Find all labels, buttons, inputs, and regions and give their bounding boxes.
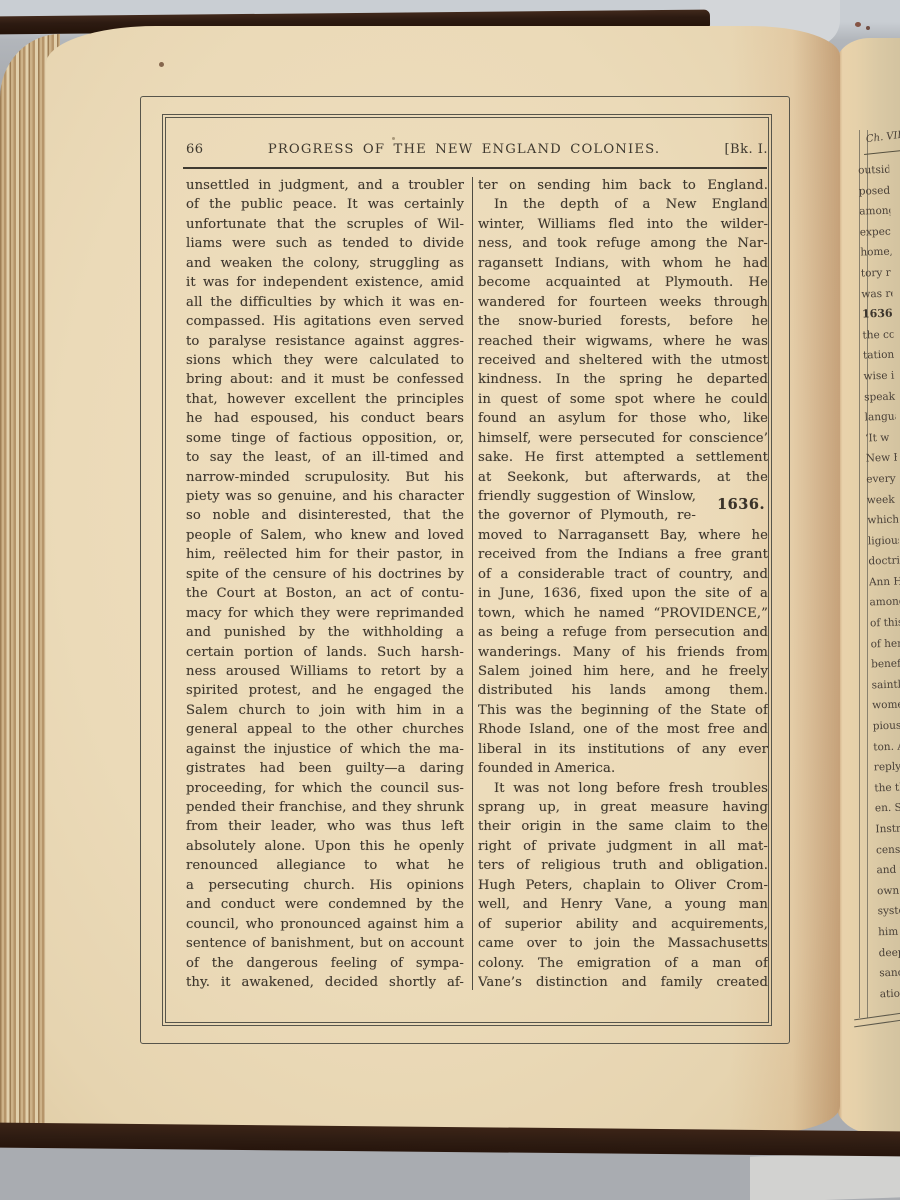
adjacent-text-fragment: Ann Hu bbox=[869, 571, 900, 592]
text-line: at Seekonk, but afterwards, at the bbox=[478, 468, 768, 487]
adjacent-page-bottom-rule bbox=[854, 1020, 900, 1028]
adjacent-text-fragment: ligious bbox=[868, 530, 900, 551]
text-line: This was the beginning of the State of bbox=[478, 701, 768, 720]
adjacent-text-fragment: wise in bbox=[863, 366, 895, 387]
text-line: macy for which they were reprimanded bbox=[186, 604, 464, 623]
text-line: of a considerable tract of country, and bbox=[478, 565, 768, 584]
text-line: of the public peace. It was certainly bbox=[186, 195, 464, 214]
text-line: friendly suggestion of Winslow, bbox=[478, 487, 696, 506]
header-rule bbox=[183, 167, 767, 169]
text-line: it was for independent existence, amid bbox=[186, 273, 464, 292]
adjacent-page-text-fragments: outsideposed,amongexpecthome,tory rwas r… bbox=[858, 160, 900, 1005]
page-number: 66 bbox=[186, 142, 204, 157]
text-line: right of private judgment in all mat- bbox=[478, 837, 768, 856]
text-line: people of Salem, who knew and loved bbox=[186, 526, 464, 545]
adjacent-text-fragment: sanctity of bbox=[879, 963, 900, 984]
text-line: kindness. In the spring he departed bbox=[478, 370, 768, 389]
text-line: sentence of banishment, but on account bbox=[186, 934, 464, 953]
text-line: proceeding, for which the council sus- bbox=[186, 779, 464, 798]
text-line: liams were such as tended to divide bbox=[186, 234, 464, 253]
text-line: renounced allegiance to what he deemed bbox=[186, 856, 464, 875]
text-line: against the injustice of which the ma- bbox=[186, 740, 464, 759]
adjacent-header-rule bbox=[864, 150, 900, 155]
text-line: town, which he named “PROVIDENCE,” bbox=[478, 604, 768, 623]
adjacent-margin-note-year: 1636 bbox=[862, 304, 894, 325]
text-line: ness, and took refuge among the Nar- bbox=[478, 234, 768, 253]
text-line: unsettled in judgment, and a troubler bbox=[186, 176, 464, 195]
adjacent-text-fragment: replying bbox=[874, 757, 900, 778]
adjacent-text-fragment: home, bbox=[860, 242, 892, 263]
text-line: founded in America. bbox=[478, 759, 768, 778]
adjacent-text-fragment: Instructio bbox=[875, 819, 900, 840]
adjacent-text-fragment: ation, or t bbox=[880, 983, 900, 1004]
text-line: some tinge of factious opposition, or, bbox=[186, 429, 464, 448]
text-line: ter on sending him back to England. bbox=[478, 176, 768, 195]
adjacent-text-fragment: every o bbox=[866, 469, 898, 490]
adjacent-text-fragment: benefit bbox=[871, 654, 900, 675]
text-line: general appeal to the other churches bbox=[186, 720, 464, 739]
text-line: in quest of some spot where he could bbox=[478, 390, 768, 409]
page-edge-speck bbox=[855, 22, 861, 27]
adjacent-text-fragment: which the bbox=[867, 510, 899, 531]
text-line: absolutely alone. Upon this he openly bbox=[186, 837, 464, 856]
text-line: and conduct were condemned by the bbox=[186, 895, 464, 914]
text-line: Salem joined him here, and he freely bbox=[478, 662, 768, 681]
text-line: piety was so genuine, and his character bbox=[186, 487, 464, 506]
adjacent-page-edge: Ch. VII outsideposed,amongexpecthome,tor… bbox=[836, 38, 900, 1134]
text-line: become acquainted at Plymouth. He bbox=[478, 273, 768, 292]
adjacent-text-fragment: among bbox=[859, 201, 891, 222]
adjacent-text-fragment: outside bbox=[858, 160, 890, 181]
adjacent-text-fragment: and to ve bbox=[876, 860, 900, 881]
text-line: It was not long before fresh troubles bbox=[478, 779, 768, 798]
text-line: that, however excellent the principles bbox=[186, 390, 464, 409]
adjacent-text-fragment: the theoc bbox=[874, 777, 900, 798]
text-line: pended their franchise, and they shrunk bbox=[186, 798, 464, 817]
text-line: spite of the censure of his doctrines by bbox=[186, 565, 464, 584]
dust-speck bbox=[392, 137, 395, 140]
text-line: wanderings. Many of his friends from bbox=[478, 643, 768, 662]
text-body: unsettled in judgment, and a troublerof … bbox=[186, 176, 768, 992]
adjacent-text-fragment: week i bbox=[867, 489, 899, 510]
text-line: reached their wigwams, where he was bbox=[478, 332, 768, 351]
adjacent-text-fragment: the conv bbox=[862, 324, 894, 345]
text-line: liberal in its institutions of any ever bbox=[478, 740, 768, 759]
column-divider-rule bbox=[472, 177, 473, 990]
backdrop-bottom-corner bbox=[750, 1151, 900, 1200]
text-line: sake. He first attempted a settlement bbox=[478, 448, 768, 467]
text-line: the Court at Boston, an act of contu- bbox=[186, 584, 464, 603]
running-header: 66 PROGRESS OF THE NEW ENGLAND COLONIES.… bbox=[186, 142, 768, 162]
adjacent-text-fragment: posed, bbox=[858, 180, 890, 201]
text-line: of superior ability and acquirements, bbox=[478, 915, 768, 934]
text-line: of the dangerous feeling of sympa- bbox=[186, 954, 464, 973]
text-line: the governor of Plymouth, re- bbox=[478, 506, 696, 525]
text-line: narrow-minded scrupulosity. But his bbox=[186, 468, 464, 487]
text-line: compassed. His agitations even served bbox=[186, 312, 464, 331]
text-column-right: ter on sending him back to England.In th… bbox=[478, 176, 768, 992]
adjacent-text-fragment: saintly bbox=[871, 674, 900, 695]
text-line: thy. it awakened, decided shortly af- bbox=[186, 973, 464, 992]
text-line: to say the least, of an ill-timed and bbox=[186, 448, 464, 467]
adjacent-text-fragment: of this col bbox=[870, 613, 900, 634]
adjacent-page-bottom-rule bbox=[854, 1013, 900, 1021]
adjacent-text-fragment: ‘It w bbox=[865, 427, 897, 448]
text-line: their origin in the same claim to the bbox=[478, 817, 768, 836]
scanned-book-photo: { "page": { "number": "66", "running_tit… bbox=[0, 0, 900, 1200]
text-line: council, who pronounced against him a bbox=[186, 915, 464, 934]
adjacent-text-fragment: pious emo bbox=[873, 716, 900, 737]
book-page: 66 PROGRESS OF THE NEW ENGLAND COLONIES.… bbox=[46, 26, 840, 1134]
text-line: wandered for fourteen weeks through bbox=[478, 293, 768, 312]
text-line: found an asylum for those who, like bbox=[478, 409, 768, 428]
text-line: in June, 1636, fixed upon the site of a bbox=[478, 584, 768, 603]
text-line: colony. The emigration of a man of bbox=[478, 954, 768, 973]
dust-speck bbox=[159, 62, 164, 67]
adjacent-text-fragment: among th bbox=[869, 592, 900, 613]
page-edge-speck bbox=[866, 26, 870, 30]
adjacent-text-fragment: tory r bbox=[861, 263, 893, 284]
text-line: certain portion of lands. Such harsh- bbox=[186, 643, 464, 662]
adjacent-text-fragment: censure bbox=[876, 839, 900, 860]
text-line: spirited protest, and he engaged the bbox=[186, 681, 464, 700]
text-line: Hugh Peters, chaplain to Oliver Crom- bbox=[478, 876, 768, 895]
text-line: as being a refuge from persecution and bbox=[478, 623, 768, 642]
adjacent-text-fragment: own. Th bbox=[877, 880, 900, 901]
text-line: to paralyse resistance against aggres- bbox=[186, 332, 464, 351]
text-line: sions which they were calculated to bbox=[186, 351, 464, 370]
text-line: Salem church to join with him in a bbox=[186, 701, 464, 720]
text-line: a persecuting church. His opinions bbox=[186, 876, 464, 895]
text-line: all the difficulties by which it was en- bbox=[186, 293, 464, 312]
text-line: ters of religious truth and obligation. bbox=[478, 856, 768, 875]
text-line: bring about: and it must be confessed bbox=[186, 370, 464, 389]
text-line: winter, Williams fled into the wilder- bbox=[478, 215, 768, 234]
text-line: himself, were persecuted for conscience’ bbox=[478, 429, 768, 448]
text-line: ness aroused Williams to retort by a bbox=[186, 662, 464, 681]
adjacent-text-fragment: women, a bbox=[872, 695, 900, 716]
margin-note-year: 1636. bbox=[717, 496, 765, 513]
text-line: moved to Narragansett Bay, where he bbox=[478, 526, 768, 545]
adjacent-text-fragment: was re bbox=[861, 283, 893, 304]
adjacent-text-fragment: deeper, wi bbox=[878, 942, 900, 963]
text-line: and weaken the colony, struggling as bbox=[186, 254, 464, 273]
text-line: Rhode Island, one of the most free and bbox=[478, 720, 768, 739]
adjacent-text-fragment: langua bbox=[864, 407, 896, 428]
text-line: and punished by the withholding a bbox=[186, 623, 464, 642]
book-marker: [Bk. I. bbox=[724, 142, 768, 157]
text-line: Vane’s distinction and family created bbox=[478, 973, 768, 992]
text-line: unfortunate that the scruples of Wil- bbox=[186, 215, 464, 234]
adjacent-text-fragment: speaking bbox=[864, 386, 896, 407]
text-line: so noble and disinterested, that the bbox=[186, 506, 464, 525]
text-line: ragansett Indians, with whom he had bbox=[478, 254, 768, 273]
running-title: PROGRESS OF THE NEW ENGLAND COLONIES. bbox=[204, 142, 725, 157]
adjacent-text-fragment: him by th bbox=[878, 921, 900, 942]
text-line: from their leader, who was thus left bbox=[186, 817, 464, 836]
adjacent-text-fragment: tation a bbox=[863, 345, 895, 366]
text-line: received and sheltered with the utmost bbox=[478, 351, 768, 370]
adjacent-text-fragment: doctrines bbox=[868, 551, 900, 572]
adjacent-text-fragment: expect bbox=[860, 221, 892, 242]
adjacent-text-fragment: of her s bbox=[870, 633, 900, 654]
text-column-left: unsettled in judgment, and a troublerof … bbox=[186, 176, 464, 992]
text-line: well, and Henry Vane, a young man bbox=[478, 895, 768, 914]
text-line: gistrates had been guilty—a daring bbox=[186, 759, 464, 778]
adjacent-text-fragment: ton. At bbox=[873, 736, 900, 757]
text-line: he had espoused, his conduct bears bbox=[186, 409, 464, 428]
text-line: sprang up, in great measure having bbox=[478, 798, 768, 817]
text-line: him, reëlected him for their pastor, in bbox=[186, 545, 464, 564]
margin-note-block: friendly suggestion of Winslow,the gover… bbox=[478, 487, 768, 526]
adjacent-page-header: Ch. VII bbox=[865, 130, 900, 145]
text-line: In the depth of a New England bbox=[478, 195, 768, 214]
adjacent-text-fragment: New Eng bbox=[866, 448, 898, 469]
adjacent-text-fragment: system wh bbox=[877, 901, 900, 922]
adjacent-text-fragment: en. Sh bbox=[875, 798, 900, 819]
text-line: distributed his lands among them. bbox=[478, 681, 768, 700]
text-line: received from the Indians a free grant bbox=[478, 545, 768, 564]
text-line: the snow-buried forests, before he bbox=[478, 312, 768, 331]
text-line: came over to join the Massachusetts bbox=[478, 934, 768, 953]
